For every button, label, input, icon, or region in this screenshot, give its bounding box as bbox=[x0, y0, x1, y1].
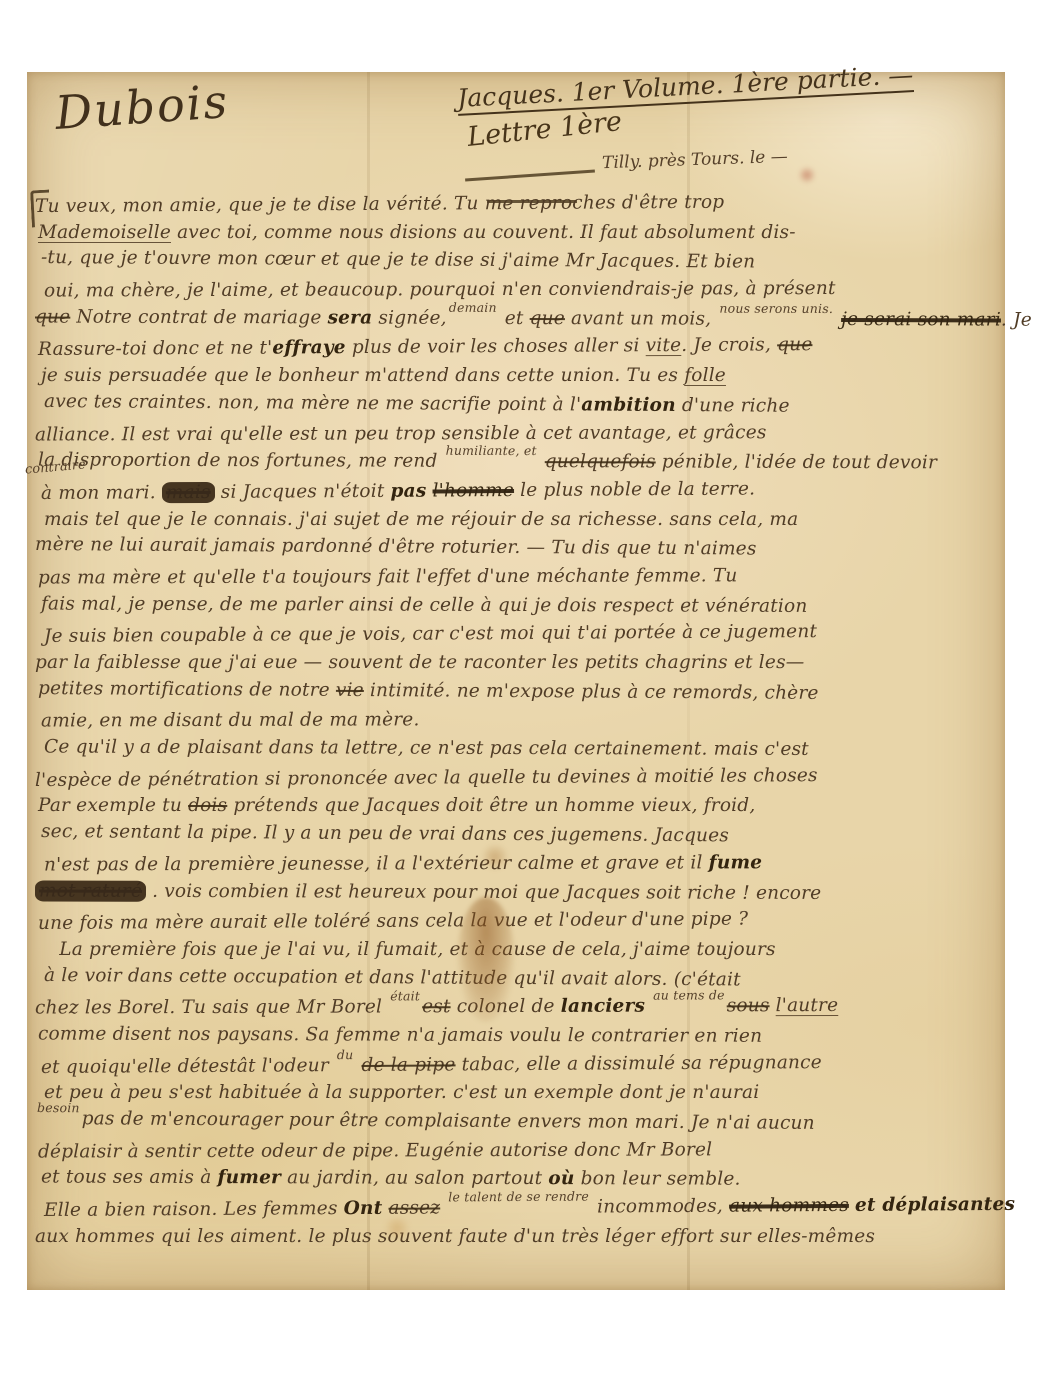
handwritten-text: de la pipe bbox=[361, 1054, 455, 1076]
handwritten-text: ambition bbox=[581, 394, 676, 416]
handwritten-text: plus de voir les choses aller si bbox=[346, 336, 646, 359]
handwritten-text: déplaisir à sentir cette odeur de pipe. … bbox=[38, 1139, 712, 1162]
manuscript-line: n'est pas de la première jeunesse, il a … bbox=[35, 848, 997, 880]
handwritten-text: quelquefois bbox=[545, 451, 656, 472]
handwritten-text: . Je bbox=[1001, 309, 1032, 330]
handwritten-text: et peu à peu s'est habituée à la support… bbox=[44, 1082, 759, 1103]
handwritten-text: que bbox=[777, 335, 812, 356]
handwritten-text: la disproportion de nos fortunes, me ren… bbox=[38, 450, 444, 472]
handwritten-text: Notre contrat de mariage bbox=[70, 306, 327, 328]
handwritten-text: fumer bbox=[217, 1167, 281, 1188]
handwritten-text: lanciers bbox=[561, 996, 645, 1017]
underline-flourish bbox=[465, 169, 595, 181]
manuscript-line: Mademoiselle avec toi, comme nous dision… bbox=[35, 219, 997, 248]
handwritten-text: Par exemple tu bbox=[38, 795, 188, 816]
handwritten-text: sera bbox=[328, 307, 373, 328]
collection-label: Dubois bbox=[53, 74, 230, 140]
manuscript-line: je suis persuadée que le bonheur m'atten… bbox=[35, 362, 997, 391]
handwritten-text: alliance. Il est vrai qu'elle est un peu… bbox=[35, 422, 767, 445]
handwritten-text: mais bbox=[162, 482, 215, 503]
handwritten-text: le plus noble de la terre. bbox=[514, 478, 755, 501]
manuscript-line: une fois ma mère aurait elle toléré sans… bbox=[35, 904, 997, 939]
handwritten-text: folle bbox=[684, 365, 726, 386]
handwritten-text: mère ne lui aurait jamais pardonné d'êtr… bbox=[35, 534, 757, 560]
handwritten-text: dois bbox=[188, 795, 227, 816]
handwritten-text: au jardin, au salon partout bbox=[281, 1168, 548, 1190]
handwritten-text: petites mortifications de notre bbox=[38, 678, 336, 701]
manuscript-line: et peu à peu s'est habituée à la support… bbox=[35, 1079, 997, 1108]
manuscript-line: aux hommes qui les aiment. le plus souve… bbox=[35, 1223, 997, 1252]
handwritten-text: prétends que Jacques doit être un homme … bbox=[227, 795, 755, 816]
manuscript-line: déplaisir à sentir cette odeur de pipe. … bbox=[35, 1135, 997, 1167]
ink-stain bbox=[482, 842, 508, 872]
handwritten-text: par la faiblesse que j'ai eue — souvent … bbox=[35, 652, 804, 673]
manuscript-line: La première fois que je l'ai vu, il fuma… bbox=[35, 936, 997, 965]
manuscript-line: sec, et sentant la pipe. Il y a un peu d… bbox=[35, 818, 997, 853]
handwritten-text: assez bbox=[388, 1198, 440, 1219]
dateline: Tilly. près Tours. le — bbox=[602, 147, 788, 173]
manuscript-line: comme disent nos paysans. Sa femme n'a j… bbox=[35, 1020, 997, 1052]
ink-stain bbox=[382, 1217, 412, 1239]
handwritten-text: Ce qu'il y a de plaisant dans ta lettre,… bbox=[44, 737, 809, 760]
manuscript-line: Elle a bien raison. Les femmes Ont assez… bbox=[35, 1191, 997, 1226]
handwritten-text: je serai son mari bbox=[841, 309, 1001, 331]
handwritten-text: si Jacques n'étoit bbox=[215, 481, 391, 503]
handwritten-text: pas ma mère et qu'elle t'a toujours fait… bbox=[38, 565, 738, 588]
handwritten-text: comme disent nos paysans. Sa femme n'a j… bbox=[38, 1023, 762, 1046]
handwritten-text: l'espèce de pénétration si prononcée ave… bbox=[35, 765, 818, 791]
handwritten-text: vie bbox=[336, 680, 364, 701]
handwritten-text: aux hommes qui les aiment. le plus souve… bbox=[35, 1226, 875, 1247]
handwritten-text: et quoiqu'elle détestât l'odeur bbox=[41, 1055, 335, 1078]
handwritten-text: l'autre bbox=[776, 995, 839, 1016]
manuscript-line: Rassure-toi donc et ne t'effraye plus de… bbox=[35, 330, 997, 365]
manuscript-line: la disproportion de nos fortunes, me ren… bbox=[35, 447, 997, 479]
handwritten-text: avec toi, comme nous disions au couvent.… bbox=[171, 222, 796, 243]
handwritten-text: bon leur semble. bbox=[574, 1169, 740, 1191]
manuscript-body: Tu veux, mon amie, que je te dise la vér… bbox=[35, 190, 997, 1251]
manuscript-line: Ce qu'il y a de plaisant dans ta lettre,… bbox=[35, 734, 997, 766]
handwritten-text: à mon mari. bbox=[41, 482, 162, 504]
handwritten-text: -tu, que je t'ouvre mon cœur et que je t… bbox=[41, 247, 755, 272]
handwritten-text: Mademoiselle bbox=[38, 222, 171, 243]
handwritten-text: sec, et sentant la pipe. Il y a un peu d… bbox=[41, 821, 729, 846]
ink-stain bbox=[457, 897, 515, 1022]
manuscript-line: mère ne lui aurait jamais pardonné d'êtr… bbox=[35, 531, 997, 566]
handwritten-text: . Je crois, bbox=[681, 335, 777, 357]
handwritten-text: mot raturé bbox=[35, 880, 146, 901]
handwritten-text: sous bbox=[727, 995, 770, 1016]
handwritten-text: Elle a bien raison. Les femmes bbox=[44, 1198, 344, 1221]
ink-stain bbox=[797, 167, 817, 183]
handwritten-text: et déplaisantes bbox=[855, 1194, 1015, 1216]
handwritten-text: amie, en me disant du mal de ma mère. bbox=[41, 710, 420, 732]
handwritten-text: et bbox=[499, 308, 530, 329]
handwritten-text: La première fois que je l'ai vu, il fuma… bbox=[41, 939, 776, 960]
handwritten-text: effraye bbox=[272, 338, 345, 359]
volume-title: Jacques. 1er Volume. 1ère partie. — bbox=[457, 60, 914, 113]
handwritten-text: intimité. ne m'expose plus à ce remords,… bbox=[364, 680, 819, 704]
handwritten-text: oui, ma chère, je l'aime, et beaucoup. p… bbox=[44, 278, 836, 301]
manuscript-line: pas ma mère et qu'elle t'a toujours fait… bbox=[35, 561, 997, 593]
manuscript-line: mais tel que je le connais. j'ai sujet d… bbox=[35, 506, 997, 535]
handwritten-text: avec tes craintes. non, ma mère ne me sa… bbox=[44, 391, 581, 415]
manuscript-line: par la faiblesse que j'ai eue — souvent … bbox=[35, 649, 997, 678]
handwritten-text: Je suis bien coupable à ce que je vois, … bbox=[44, 621, 817, 647]
manuscript-line: oui, ma chère, je l'aime, et beaucoup. p… bbox=[35, 275, 997, 307]
handwritten-text: l'homme bbox=[432, 480, 514, 502]
handwritten-text: où bbox=[548, 1168, 574, 1189]
handwritten-text: que bbox=[530, 308, 565, 329]
handwritten-text: est bbox=[422, 996, 451, 1017]
handwritten-text: Tu veux, mon amie, que je te dise la vér… bbox=[35, 192, 724, 217]
manuscript-paper: Dubois Jacques. 1er Volume. 1ère partie.… bbox=[27, 72, 1005, 1290]
handwritten-text: à le voir dans cette occupation et dans … bbox=[44, 965, 741, 990]
manuscript-line: Par exemple tu dois prétends que Jacques… bbox=[35, 792, 997, 821]
manuscript-line: avec tes craintes. non, ma mère ne me sa… bbox=[35, 388, 997, 423]
handwritten-text: que bbox=[35, 306, 70, 327]
handwritten-text: je suis persuadée que le bonheur m'atten… bbox=[41, 365, 684, 386]
manuscript-line: et quoiqu'elle détestât l'odeur du de la… bbox=[35, 1048, 997, 1083]
handwritten-text: n'est pas de la première jeunesse, il a … bbox=[44, 852, 709, 875]
handwritten-text: mais tel que je le connais. j'ai sujet d… bbox=[44, 509, 798, 530]
handwritten-text: Ont bbox=[344, 1198, 383, 1219]
handwritten-text: vite bbox=[646, 335, 682, 356]
handwritten-text: d'une riche bbox=[676, 395, 790, 417]
handwritten-text: pas bbox=[390, 480, 426, 501]
manuscript-line: à mon mari. mais si Jacques n'étoit pas … bbox=[35, 474, 997, 509]
manuscript-line: -tu, que je t'ouvre mon cœur et que je t… bbox=[35, 244, 997, 279]
handwritten-text: aux hommes bbox=[729, 1195, 849, 1217]
handwritten-text: chez les Borel. Tu sais que Mr Borel bbox=[35, 997, 388, 1019]
manuscript-line: Je suis bien coupable à ce que je vois, … bbox=[35, 617, 997, 652]
handwritten-text: avant un mois, bbox=[565, 308, 717, 329]
handwritten-text: fais mal, je pense, de me parler ainsi d… bbox=[41, 593, 808, 616]
handwritten-text: Rassure-toi donc et ne t' bbox=[38, 338, 273, 360]
manuscript-line: chez les Borel. Tu sais que Mr Borel éta… bbox=[35, 992, 997, 1024]
handwritten-text: pas de m'encourager pour être complaisan… bbox=[82, 1108, 815, 1134]
letter-number-label: Lettre 1ère bbox=[466, 106, 624, 153]
handwritten-text bbox=[645, 996, 651, 1017]
scan-background: { "page": { "paper_color": "#e8d5a9", "i… bbox=[0, 0, 1040, 1387]
handwritten-text: pénible, l'idée de tout devoir bbox=[656, 452, 937, 474]
handwritten-text: une fois ma mère aurait elle toléré sans… bbox=[38, 909, 748, 934]
manuscript-line: l'espèce de pénétration si prononcée ave… bbox=[35, 761, 997, 796]
handwritten-text: et tous ses amis à bbox=[41, 1167, 218, 1189]
manuscript-line: besoinpas de m'encourager pour être comp… bbox=[35, 1105, 997, 1140]
handwritten-text: tabac, elle a dissimulé sa répugnance bbox=[455, 1052, 821, 1075]
handwritten-text: fume bbox=[709, 852, 763, 873]
manuscript-line: amie, en me disant du mal de ma mère. bbox=[35, 705, 997, 737]
interlinear-insertion: le talent de se rendre bbox=[448, 1197, 589, 1198]
handwritten-text: incommodes, bbox=[591, 1196, 729, 1218]
manuscript-line: Tu veux, mon amie, que je te dise la vér… bbox=[35, 187, 997, 222]
handwritten-text bbox=[440, 1198, 446, 1219]
handwritten-text: signée, bbox=[372, 307, 447, 328]
